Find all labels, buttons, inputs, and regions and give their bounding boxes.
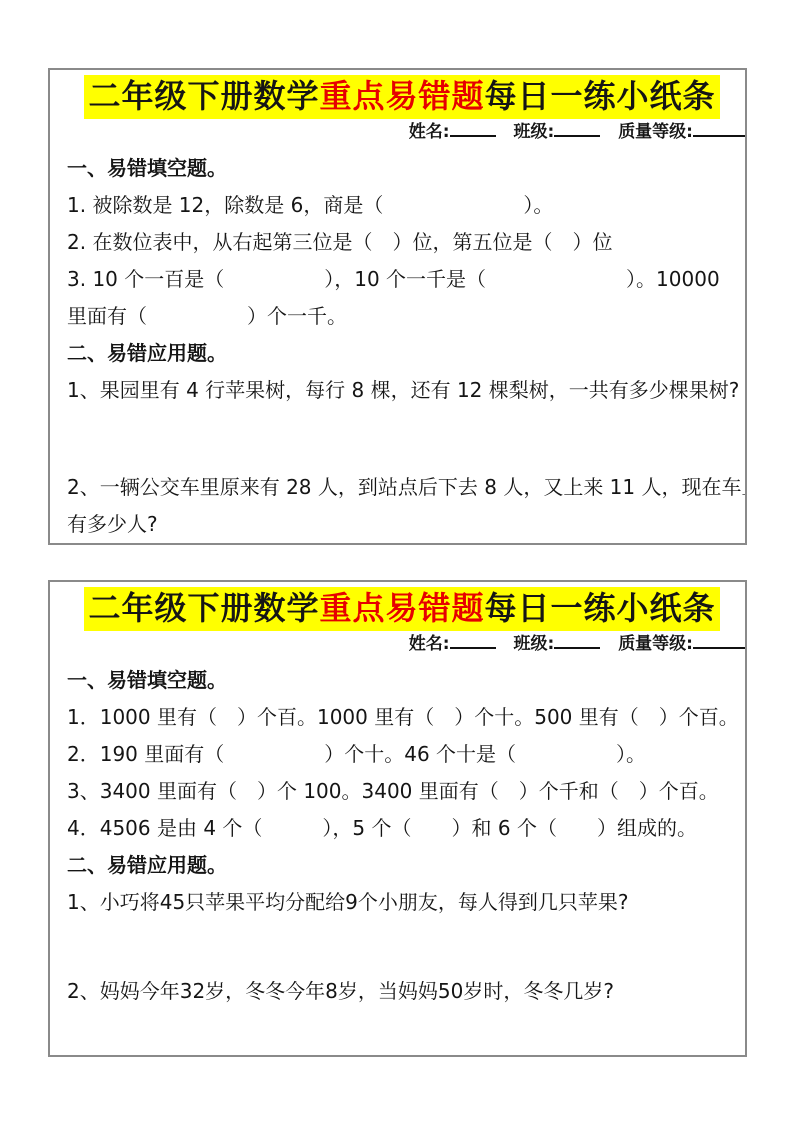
fill-section-heading: 一、易错填空题。	[67, 662, 737, 699]
title-text-black2: 每日一练小纸条	[485, 589, 716, 627]
class-label: 班级:	[513, 122, 554, 142]
word-question-line: 1、果园里有 4 行苹果树，每行 8 棵，还有 12 棵梨树，一共有多少棵果树?	[67, 372, 737, 409]
word-question-line: 有多少人?	[67, 506, 737, 543]
word-question-line: 2、妈妈今年32岁，冬冬今年8岁，当妈妈50岁时，冬冬几岁?	[67, 973, 737, 1010]
title-text-red: 重点易错题	[319, 589, 484, 627]
worksheet-page: 二年级下册数学重点易错题每日一练小纸条 姓名: 班级: 质量等级: 一、易错填空…	[0, 0, 793, 1122]
word-question-line: 2、一辆公交车里原来有 28 人，到站点后下去 8 人，又上来 11 人，现在车…	[67, 469, 737, 506]
worksheet-card-2: 二年级下册数学重点易错题每日一练小纸条 姓名: 班级: 质量等级: 一、易错填空…	[48, 580, 747, 1057]
class-blank	[554, 120, 600, 137]
fill-question-line: 1．1000 里有（ ）个百。1000 里有（ ）个十。500 里有（ ）个百。	[67, 699, 737, 736]
class-label: 班级:	[513, 634, 554, 654]
grade-blank	[693, 632, 745, 649]
grade-label: 质量等级:	[618, 634, 693, 654]
answer-space	[67, 409, 737, 469]
card1-title: 二年级下册数学重点易错题每日一练小纸条	[67, 75, 737, 117]
answer-space	[67, 921, 737, 973]
fill-question-line: 3. 10 个一百是（ ），10 个一千是（ ）。10000	[67, 261, 737, 298]
fill-question-line: 2. 在数位表中，从右起第三位是（ ）位，第五位是（ ）位	[67, 224, 737, 261]
name-label: 姓名:	[409, 634, 450, 654]
card1-content: 一、易错填空题。 1. 被除数是 12，除数是 6，商是（ ）。 2. 在数位表…	[67, 150, 737, 543]
name-blank	[450, 632, 496, 649]
card1-student-info-row: 姓名: 班级: 质量等级:	[67, 119, 737, 145]
title-text-red: 重点易错题	[319, 77, 484, 115]
card2-student-info-row: 姓名: 班级: 质量等级:	[67, 631, 737, 657]
card2-content: 一、易错填空题。 1．1000 里有（ ）个百。1000 里有（ ）个十。500…	[67, 662, 737, 1010]
fill-question-line: 4．4506 是由 4 个（ ），5 个（ ）和 6 个（ ）组成的。	[67, 810, 737, 847]
card2-title-highlight: 二年级下册数学重点易错题每日一练小纸条	[84, 587, 719, 631]
title-text-black1: 二年级下册数学	[88, 77, 319, 115]
grade-label: 质量等级:	[618, 122, 693, 142]
fill-question-line: 1. 被除数是 12，除数是 6，商是（ ）。	[67, 187, 737, 224]
title-text-black1: 二年级下册数学	[88, 589, 319, 627]
word-section-heading: 二、易错应用题。	[67, 847, 737, 884]
class-blank	[554, 632, 600, 649]
word-section-heading: 二、易错应用题。	[67, 335, 737, 372]
worksheet-card-1: 二年级下册数学重点易错题每日一练小纸条 姓名: 班级: 质量等级: 一、易错填空…	[48, 68, 747, 545]
name-label: 姓名:	[409, 122, 450, 142]
card1-title-highlight: 二年级下册数学重点易错题每日一练小纸条	[84, 75, 719, 119]
grade-blank	[693, 120, 745, 137]
fill-question-line: 3、3400 里面有（ ）个 100。3400 里面有（ ）个千和（ ）个百。	[67, 773, 737, 810]
fill-question-line: 2．190 里面有（ ）个十。46 个十是（ ）。	[67, 736, 737, 773]
title-text-black2: 每日一练小纸条	[485, 77, 716, 115]
card2-title: 二年级下册数学重点易错题每日一练小纸条	[67, 587, 737, 629]
fill-section-heading: 一、易错填空题。	[67, 150, 737, 187]
fill-question-line: 里面有（ ）个一千。	[67, 298, 737, 335]
word-question-line: 1、小巧将45只苹果平均分配给9个小朋友，每人得到几只苹果?	[67, 884, 737, 921]
name-blank	[450, 120, 496, 137]
